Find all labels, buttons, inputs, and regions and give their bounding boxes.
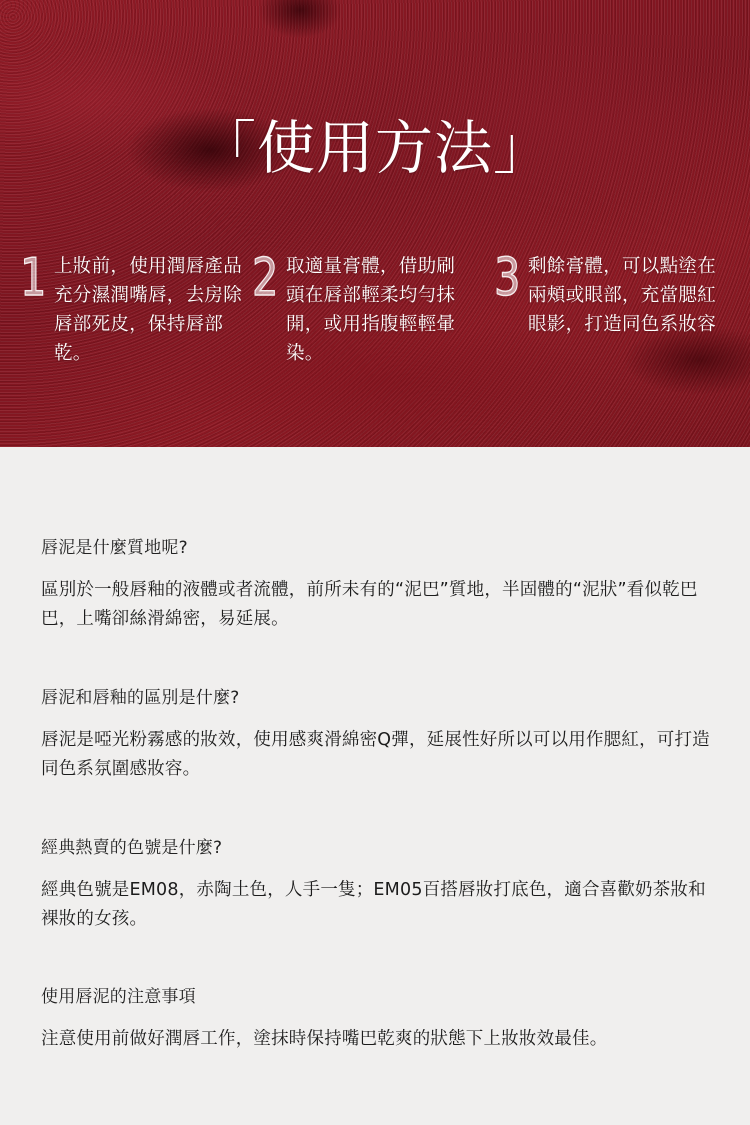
faq-answer: 注意使用前做好潤唇工作，塗抹時保持嘴巴乾爽的狀態下上妝妝效最佳。 [41,1025,711,1054]
usage-hero-banner: 「使用方法」 1 上妝前，使用潤唇產品充分濕潤嘴唇，去房除唇部死皮，保持唇部乾。… [0,0,750,447]
faq-question: 唇泥和唇釉的區別是什麼? [41,686,711,710]
faq-answer: 區別於一般唇釉的液體或者流體，前所未有的“泥巴”質地，半固體的“泥狀”看似乾巴巴… [41,576,711,634]
step-text-3: 剩餘膏體，可以點塗在兩頰或眼部，充當腮紅眼影，打造同色系妝容 [528,252,718,339]
usage-step-2: 2 取適量膏體，借助刷頭在唇部輕柔均勻抹開，或用指腹輕輕暈染。 [252,252,494,368]
faq-item-precautions: 使用唇泥的注意事項 注意使用前做好潤唇工作，塗抹時保持嘴巴乾爽的狀態下上妝妝效最… [41,985,711,1054]
faq-section: 唇泥是什麼質地呢? 區別於一般唇釉的液體或者流體，前所未有的“泥巴”質地，半固體… [0,447,750,1125]
faq-answer: 唇泥是啞光粉霧感的妝效，使用感爽滑綿密Q彈，延展性好所以可以用作腮紅，可打造同色… [41,726,711,784]
faq-question: 經典熱賣的色號是什麼? [41,836,711,860]
faq-item-difference: 唇泥和唇釉的區別是什麼? 唇泥是啞光粉霧感的妝效，使用感爽滑綿密Q彈，延展性好所… [41,686,711,784]
usage-step-1: 1 上妝前，使用潤唇產品充分濕潤嘴唇，去房除唇部死皮，保持唇部乾。 [20,252,252,368]
step-number-1: 1 [20,252,44,304]
faq-question: 唇泥是什麼質地呢? [41,536,711,560]
step-text-1: 上妝前，使用潤唇產品充分濕潤嘴唇，去房除唇部死皮，保持唇部乾。 [54,252,242,368]
faq-item-bestseller: 經典熱賣的色號是什麼? 經典色號是EM08，赤陶土色，人手一隻；EM05百搭唇妝… [41,836,711,934]
step-number-2: 2 [252,252,276,304]
usage-title: 「使用方法」 [0,113,750,183]
faq-answer: 經典色號是EM08，赤陶土色，人手一隻；EM05百搭唇妝打底色，適合喜歡奶茶妝和… [41,876,711,934]
step-text-2: 取適量膏體，借助刷頭在唇部輕柔均勻抹開，或用指腹輕輕暈染。 [286,252,466,368]
usage-step-3: 3 剩餘膏體，可以點塗在兩頰或眼部，充當腮紅眼影，打造同色系妝容 [494,252,740,368]
faq-item-texture: 唇泥是什麼質地呢? 區別於一般唇釉的液體或者流體，前所未有的“泥巴”質地，半固體… [41,536,711,634]
faq-question: 使用唇泥的注意事項 [41,985,711,1009]
usage-steps: 1 上妝前，使用潤唇產品充分濕潤嘴唇，去房除唇部死皮，保持唇部乾。 2 取適量膏… [20,252,740,368]
step-number-3: 3 [494,252,518,304]
